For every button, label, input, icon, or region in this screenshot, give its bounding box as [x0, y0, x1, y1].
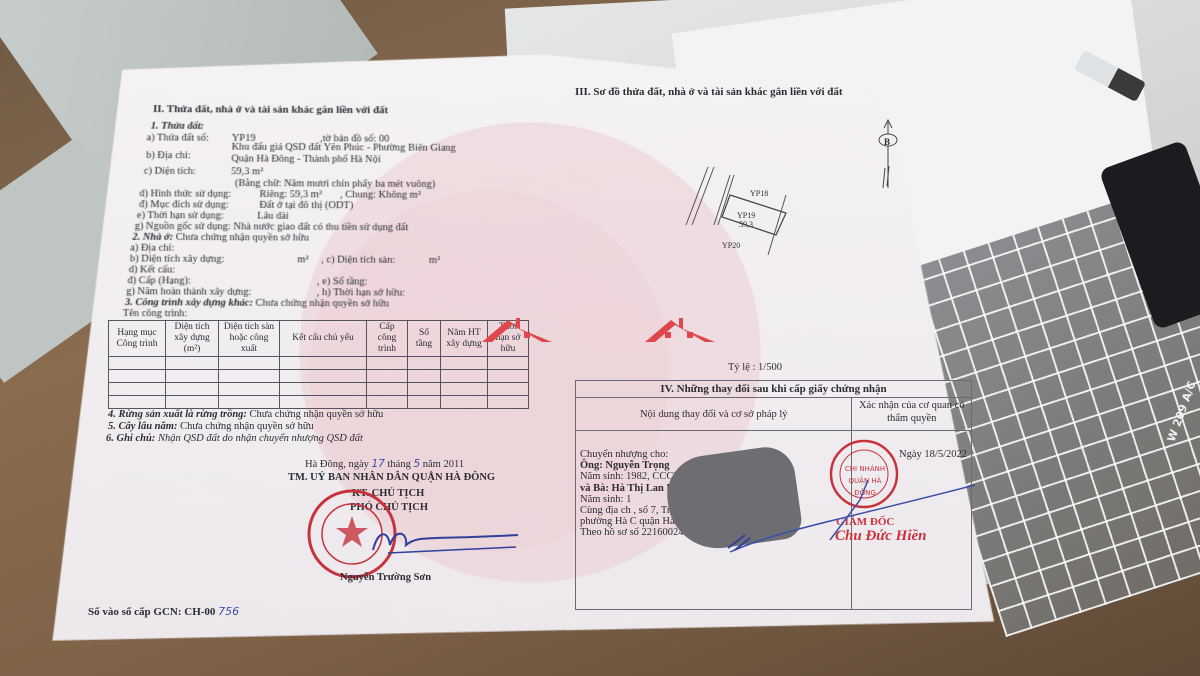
house-roof-icon — [482, 316, 552, 344]
signature-icon — [720, 480, 980, 560]
works-column-header: Năm HT xây dựng — [441, 321, 488, 357]
table-cell — [441, 370, 488, 383]
table-cell — [441, 396, 488, 409]
works-column-header: Diện tích xây dựng (m²) — [166, 321, 219, 357]
table-row — [109, 357, 529, 370]
parcel-south: YP20 — [722, 240, 740, 252]
house-status: Chưa chứng nhận quyền sở hữu — [176, 232, 309, 244]
area-label: c) Diện tích: — [144, 166, 196, 178]
signing-day: 17 — [372, 458, 385, 470]
works-column-header: Kết cấu chủ yếu — [280, 321, 367, 357]
table-cell — [367, 383, 408, 396]
registry-number: Số vào sổ cấp GCN: CH-00 756 — [88, 606, 239, 618]
col-authority-header: Xác nhận của cơ quan có thẩm quyền — [852, 398, 972, 431]
north-arrow-icon — [873, 118, 903, 198]
section4-title: IV. Những thay đổi sau khi cấp giấy chứn… — [576, 381, 972, 398]
section2-title: II. Thửa đất, nhà ở và tài sản khác gắn … — [153, 103, 388, 116]
works-name-label: Tên công trình: — [123, 308, 188, 320]
table-cell — [280, 357, 367, 370]
table-cell — [166, 383, 219, 396]
table-cell — [488, 383, 529, 396]
forest-heading: 4. Rừng sản xuất là rừng trồng: — [108, 409, 247, 420]
col-content-header: Nội dung thay đổi và cơ sở pháp lý — [576, 398, 852, 431]
signing-org: TM. UỶ BAN NHÂN DÂN QUẬN HÀ ĐÔNG — [288, 472, 495, 484]
parcel-current-area: 59,3 — [739, 219, 753, 231]
table-cell — [166, 396, 219, 409]
table-cell — [488, 396, 529, 409]
works-column-header: Diện tích sàn hoặc công xuất — [219, 321, 280, 357]
table-cell — [441, 357, 488, 370]
table-cell — [219, 383, 280, 396]
works-column-header: Cấp công trình — [367, 321, 408, 357]
address-line2: Quận Hà Đông - Thành phố Hà Nội — [231, 154, 381, 167]
signature-icon — [368, 525, 518, 555]
section3-title: III. Sơ đồ thửa đất, nhà ở và tài sản kh… — [575, 86, 843, 98]
table-cell — [280, 383, 367, 396]
table-cell — [441, 383, 488, 396]
other-works-heading: 3. Công trình xây dựng khác: — [125, 297, 253, 309]
north-label: B — [884, 136, 890, 148]
works-column-header: Số tầng — [408, 321, 441, 357]
table-cell — [488, 370, 529, 383]
build-area-unit: m² — [297, 254, 308, 266]
table-cell — [408, 370, 441, 383]
other-works-table: Hạng mục Công trìnhDiện tích xây dựng (m… — [108, 320, 529, 409]
table-cell — [109, 383, 166, 396]
parcel-north: YP18 — [750, 188, 768, 200]
table-cell — [109, 357, 166, 370]
table-cell — [219, 370, 280, 383]
signer-name: Nguyễn Trường Sơn — [340, 572, 431, 584]
table-cell — [367, 370, 408, 383]
perennial-status: Chưa chứng nhận quyền sở hữu — [180, 421, 314, 432]
table-cell — [109, 396, 166, 409]
floor-area-unit: m² — [429, 255, 440, 267]
table-cell — [166, 370, 219, 383]
parcel-label: a) Thửa đất số: — [146, 133, 209, 145]
table-row — [109, 396, 529, 409]
table-cell — [408, 357, 441, 370]
table-cell — [109, 370, 166, 383]
area-value: 59,3 m² — [231, 166, 263, 178]
note-heading: 6. Ghi chú: — [106, 433, 155, 444]
table-cell — [408, 396, 441, 409]
table-cell — [367, 396, 408, 409]
table-cell — [280, 370, 367, 383]
land-heading: 1. Thửa đất: — [151, 121, 205, 133]
table-cell — [219, 396, 280, 409]
works-column-header: Hạng mục Công trình — [109, 321, 166, 357]
forest-status: Chưa chứng nhận quyền sở hữu — [250, 409, 384, 420]
table-cell — [166, 357, 219, 370]
table-row — [109, 383, 529, 396]
map-scale: Tỷ lệ : 1/500 — [728, 362, 782, 374]
note-text: Nhận QSD đất do nhận chuyển nhượng QSD đ… — [158, 433, 363, 444]
table-cell — [488, 357, 529, 370]
perennial-heading: 5. Cây lâu năm: — [108, 421, 177, 432]
floor-area-label: , c) Diện tích sàn: — [321, 255, 395, 267]
table-cell — [280, 396, 367, 409]
table-cell — [367, 357, 408, 370]
other-works-status: Chưa chứng nhận quyền sở hữu — [255, 298, 389, 310]
table-cell — [219, 357, 280, 370]
table-row — [109, 370, 529, 383]
address-label: b) Địa chỉ: — [146, 150, 191, 162]
house-roof-icon — [645, 316, 715, 344]
signing-date: Hà Đông, ngày 17 tháng 5 năm 2011 — [305, 458, 464, 471]
signing-month: 5 — [413, 458, 420, 470]
table-cell — [408, 383, 441, 396]
house-heading: 2. Nhà ở: — [132, 232, 173, 243]
